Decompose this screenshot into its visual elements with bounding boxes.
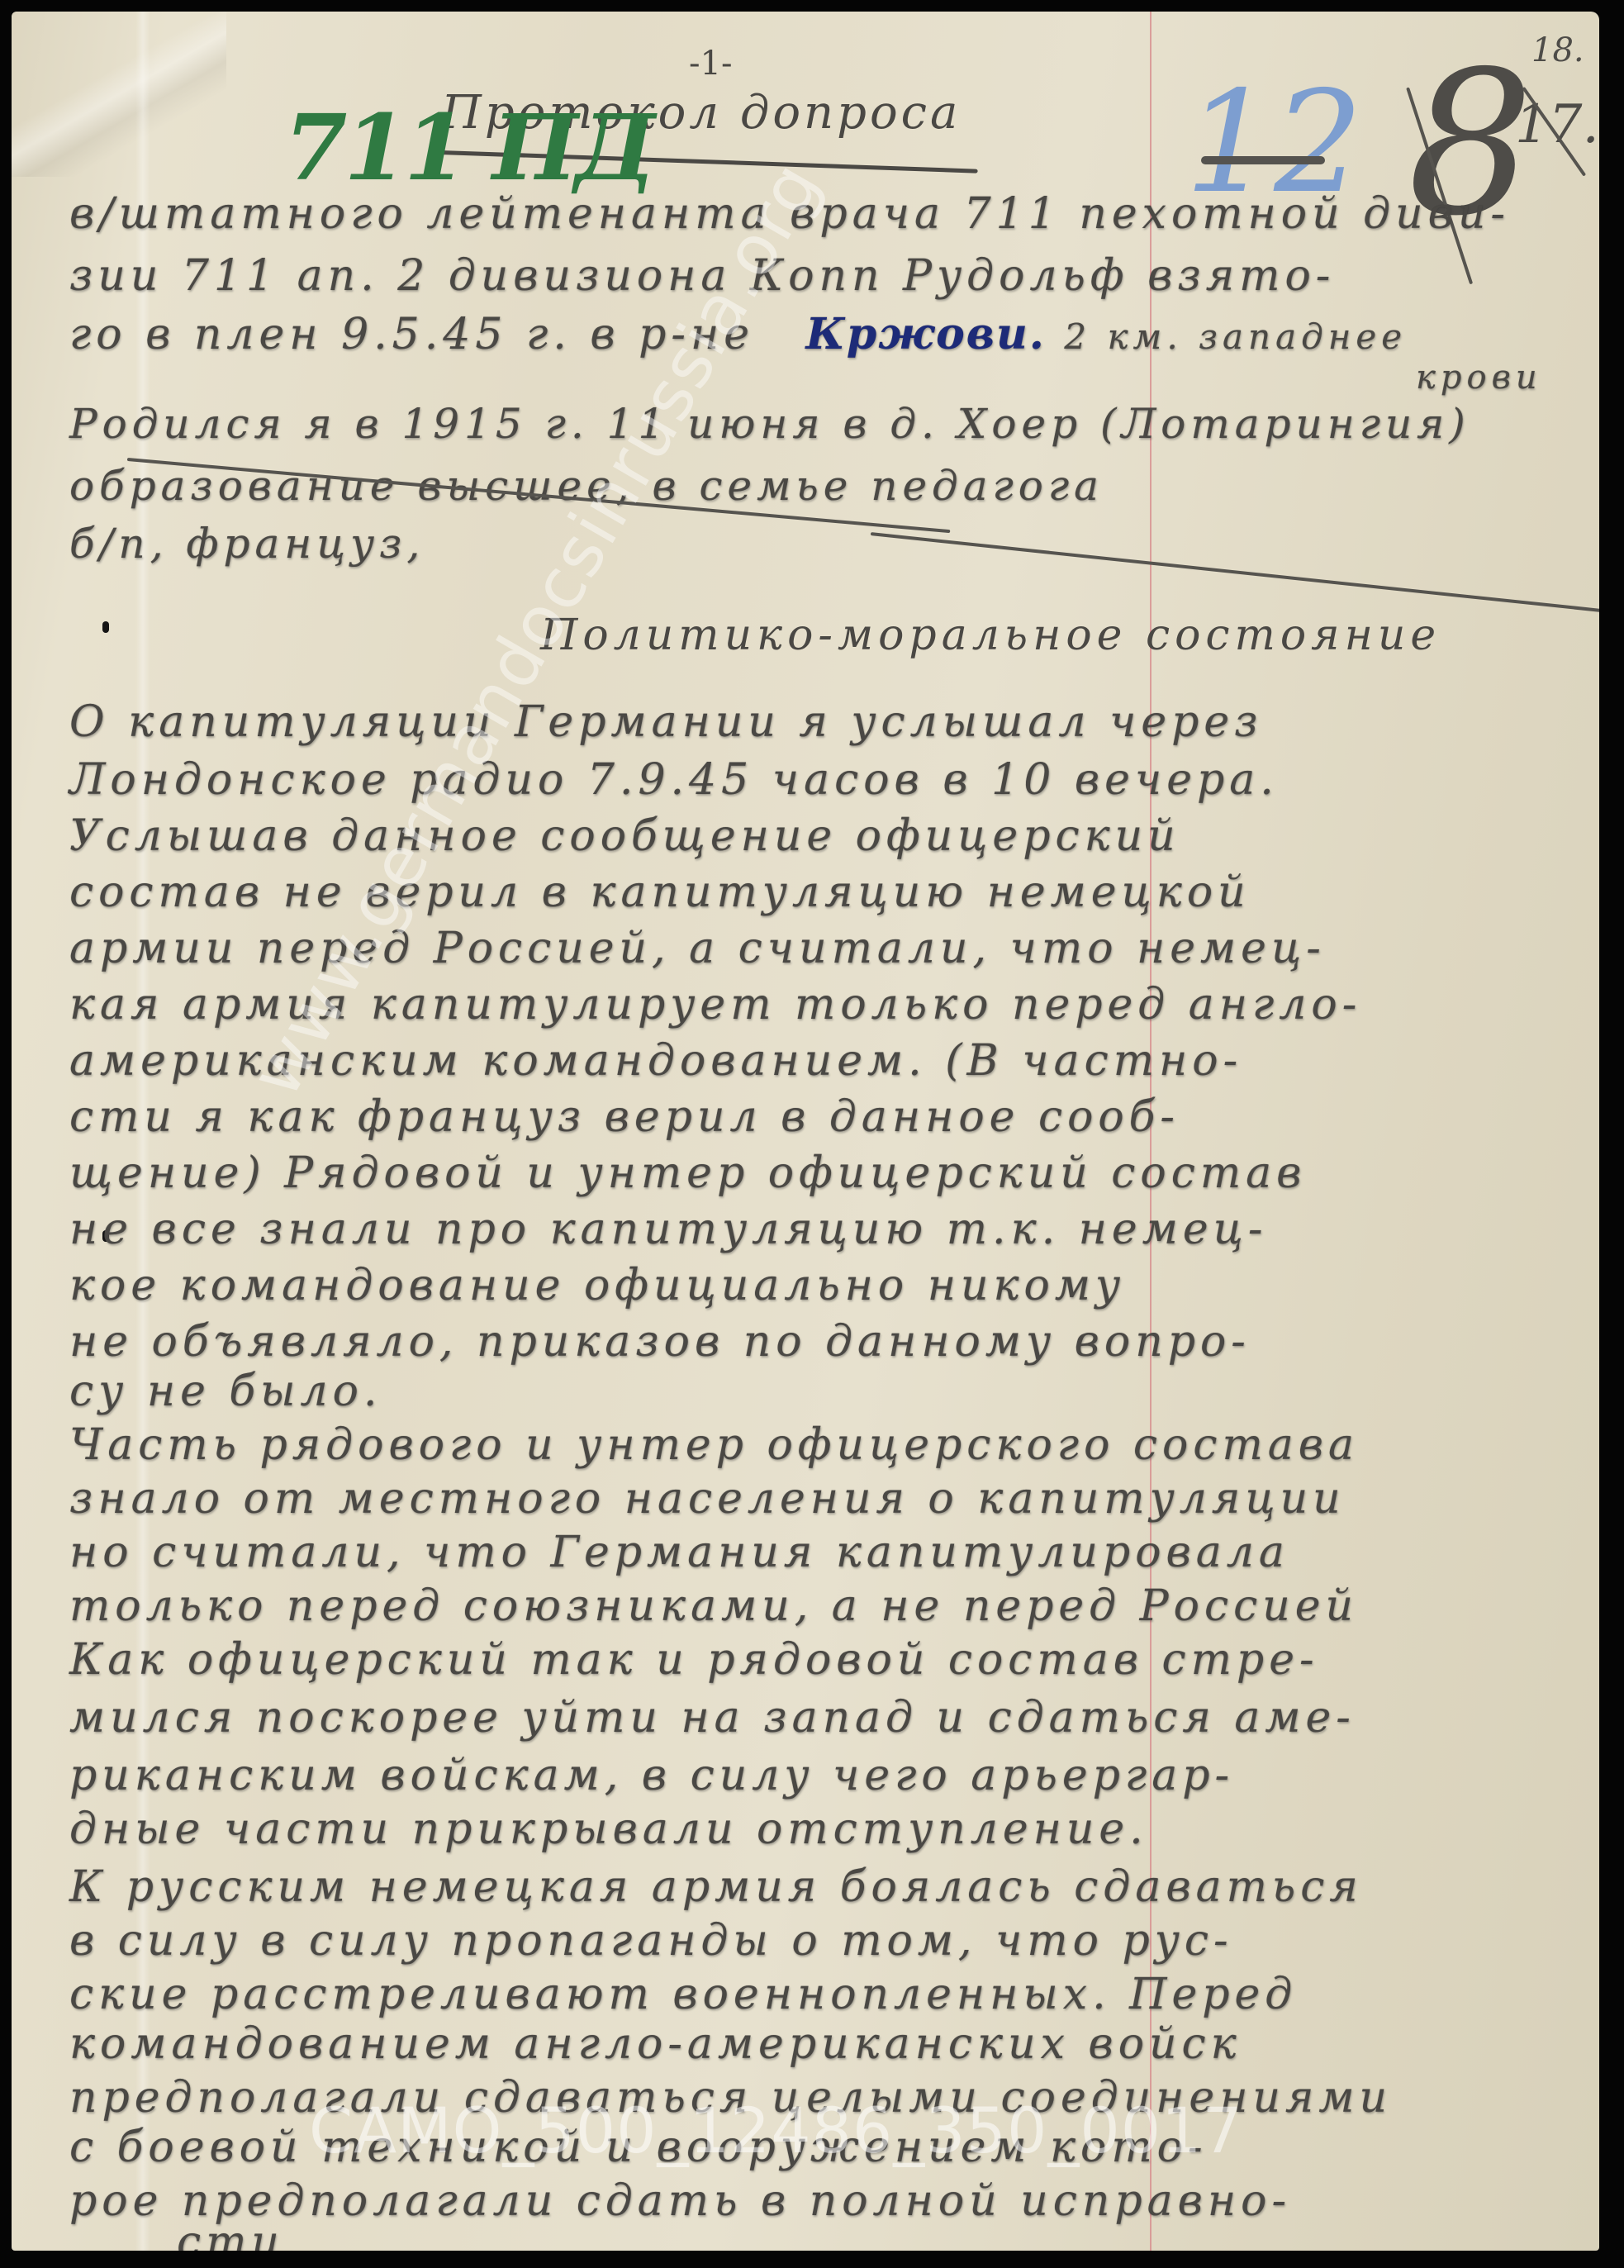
body-line: Лондонское радио 7.9.45 часов в 10 вечер… xyxy=(69,755,1589,805)
strike-through-mark xyxy=(1201,156,1325,164)
body-line: не объявляло, приказов по данному вопро- xyxy=(69,1317,1589,1367)
body-line: командованием англо-американских войск xyxy=(69,2019,1589,2069)
header-line: зии 711 ап. 2 дивизиона Копп Рудольф взя… xyxy=(69,251,1589,301)
body-line: только перед союзниками, а не перед Росс… xyxy=(69,1581,1589,1631)
header-line-text: 2 км. западнее xyxy=(1064,316,1407,357)
header-line: крови xyxy=(1416,359,1542,397)
body-line: знало от местного населения о капитуляци… xyxy=(69,1474,1589,1524)
body-line: мился поскорее уйти на запад и сдаться а… xyxy=(69,1693,1589,1743)
body-line: не все знали про капитуляцию т.к. немец- xyxy=(69,1205,1589,1254)
body-line: Часть рядового и унтер офицерского соста… xyxy=(69,1420,1589,1470)
body-line: щение) Рядовой и унтер офицерский состав xyxy=(69,1148,1589,1198)
body-line: риканским войскам, в силу чего арьергар- xyxy=(69,1751,1589,1800)
body-line: К русским немецкая армия боялась сдавать… xyxy=(69,1862,1589,1912)
watermark-archive-id: CAMO_500_12486_350_0017 xyxy=(309,2094,1243,2167)
body-line: сти. xyxy=(177,2218,1599,2251)
body-line: ские расстреливают военнопленных. Перед xyxy=(69,1970,1589,2019)
body-line: Как офицерский так и рядовой состав стре… xyxy=(69,1635,1589,1685)
bio-line: образование высшее, в семье педагога xyxy=(69,462,1589,510)
section-heading: Политико-моральное состояние xyxy=(540,611,1441,660)
document-page: -1- Протокол допроса 711 ПД 12 8 18. 17.… xyxy=(12,12,1599,2251)
body-line: су не было. xyxy=(69,1367,1589,1416)
body-line: кое командование официально никому xyxy=(69,1261,1589,1310)
folded-corner xyxy=(12,12,226,177)
body-line: в силу в силу пропаганды о том, что рус- xyxy=(69,1916,1589,1966)
page-marker: -1- xyxy=(689,45,732,83)
body-line: но считали, что Германия капитулировала xyxy=(69,1528,1589,1577)
folio-number-top: 18. xyxy=(1531,31,1584,69)
green-annotation: 711 ПД xyxy=(284,94,653,201)
folio-number-right: 17. xyxy=(1515,94,1599,155)
ink-blot xyxy=(102,621,109,633)
body-line: дные части прикрывали отступление. xyxy=(69,1804,1589,1854)
place-name: Кржови. xyxy=(806,309,1046,359)
body-line: состав не верил в капитуляцию немецкой xyxy=(69,868,1589,917)
body-line: Услышав данное сообщение офицерский xyxy=(69,811,1589,861)
body-line: О капитуляции Германии я услышал через xyxy=(69,697,1589,747)
bio-line: Родился я в 1915 г. 11 июня в д. Хоер (Л… xyxy=(69,400,1589,448)
bio-line: б/п, француз, xyxy=(69,520,1589,568)
